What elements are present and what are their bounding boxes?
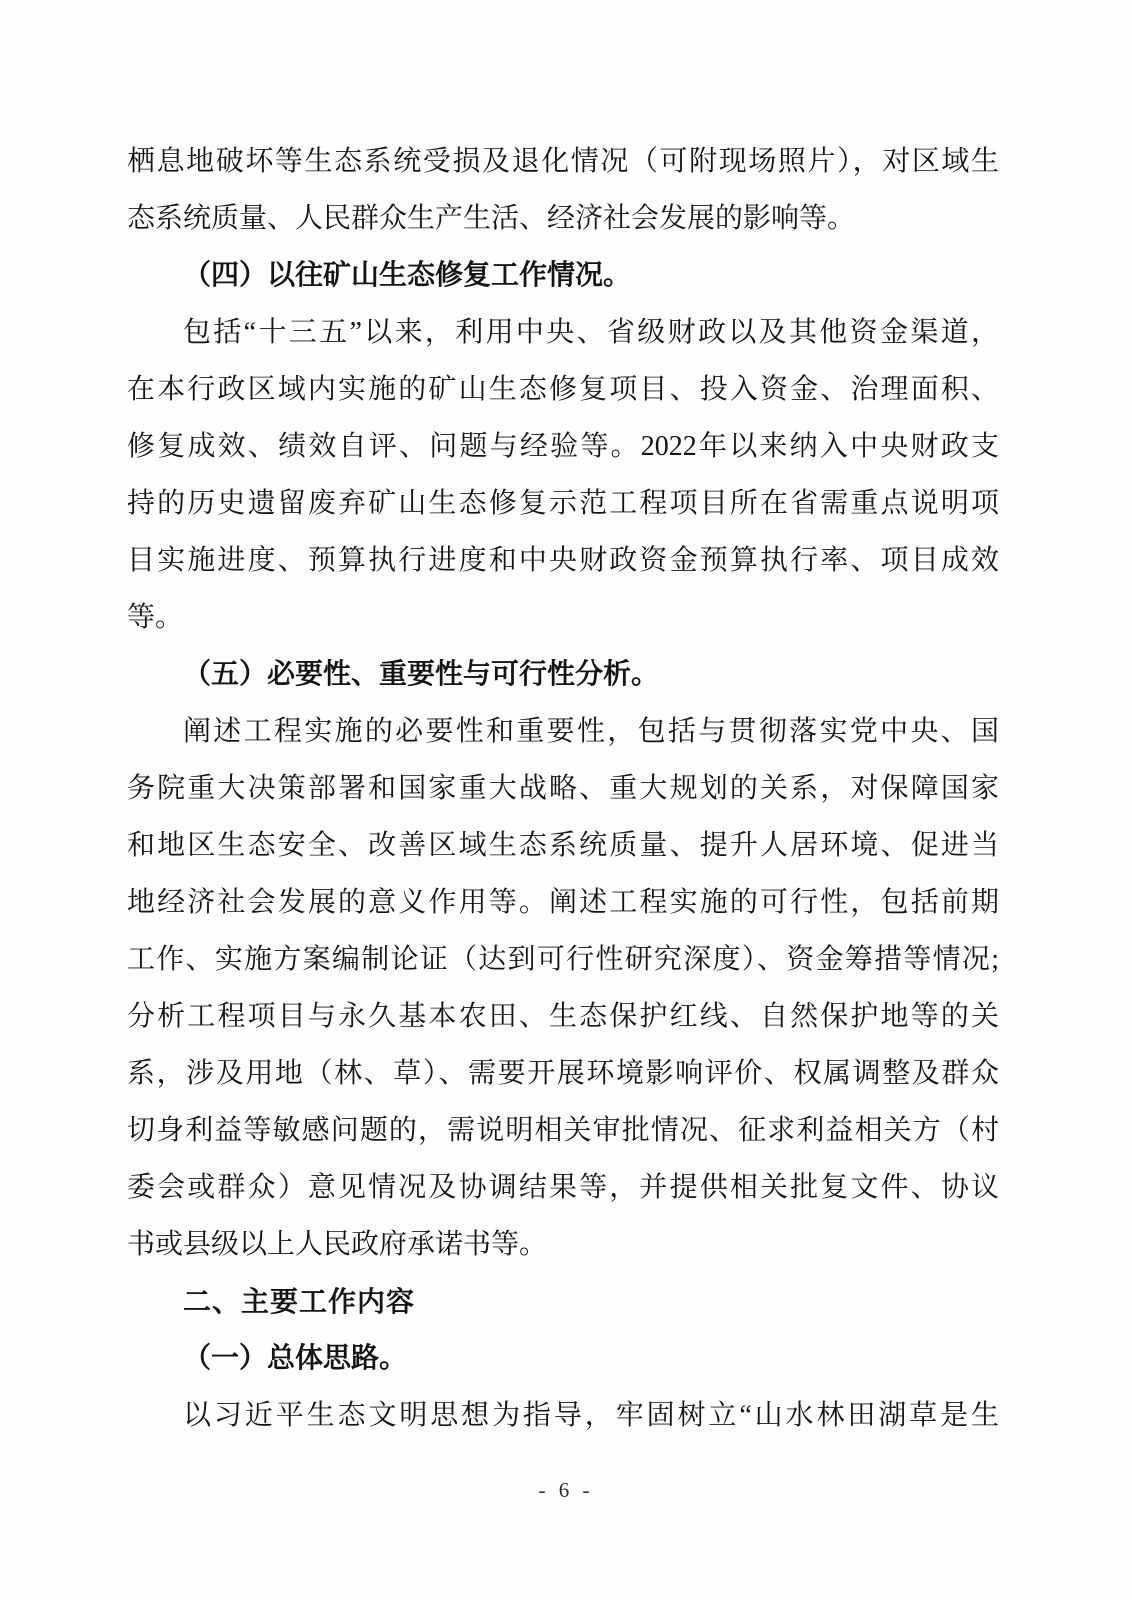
- body-line: 栖息地破坏等生态系统受损及退化情况（可附现场照片），对区域生: [127, 133, 999, 190]
- subsection-heading-1: （一）总体思路。: [127, 1330, 999, 1387]
- body-line: 以习近平生态文明思想为指导，牢固树立“山水林田湖草是生: [127, 1387, 999, 1444]
- body-line: 书或县级以上人民政府承诺书等。: [127, 1216, 999, 1273]
- body-line: 和地区生态安全、改善区域生态系统质量、提升人居环境、促进当: [127, 817, 999, 874]
- body-line: 系，涉及用地（林、草）、需要开展环境影响评价、权属调整及群众: [127, 1045, 999, 1102]
- body-line: 在本行政区域内实施的矿山生态修复项目、投入资金、治理面积、: [127, 361, 999, 418]
- body-line: 态系统质量、人民群众生产生活、经济社会发展的影响等。: [127, 190, 999, 247]
- body-line: 工作、实施方案编制论证（达到可行性研究深度）、资金筹措等情况;: [127, 931, 999, 988]
- body-line: 地经济社会发展的意义作用等。阐述工程实施的可行性，包括前期: [127, 874, 999, 931]
- body-line: 务院重大决策部署和国家重大战略、重大规划的关系，对保障国家: [127, 760, 999, 817]
- body-line: 委会或群众）意见情况及协调结果等，并提供相关批复文件、协议: [127, 1159, 999, 1216]
- subsection-heading-4: （四）以往矿山生态修复工作情况。: [127, 247, 999, 304]
- section-heading-2: 二、主要工作内容: [127, 1273, 999, 1330]
- body-line: 分析工程项目与永久基本农田、生态保护红线、自然保护地等的关: [127, 988, 999, 1045]
- body-line: 切身利益等敏感问题的，需说明相关审批情况、征求利益相关方（村: [127, 1102, 999, 1159]
- body-line: 阐述工程实施的必要性和重要性，包括与贯彻落实党中央、国: [127, 703, 999, 760]
- body-line: 等。: [127, 589, 999, 646]
- document-body: 栖息地破坏等生态系统受损及退化情况（可附现场照片），对区域生 态系统质量、人民群…: [127, 133, 999, 1444]
- body-line: 修复成效、绩效自评、问题与经验等。2022年以来纳入中央财政支: [127, 418, 999, 475]
- document-page: 栖息地破坏等生态系统受损及退化情况（可附现场照片），对区域生 态系统质量、人民群…: [0, 0, 1132, 1600]
- body-line: 持的历史遗留废弃矿山生态修复示范工程项目所在省需重点说明项: [127, 475, 999, 532]
- subsection-heading-5: （五）必要性、重要性与可行性分析。: [127, 646, 999, 703]
- body-line: 目实施进度、预算执行进度和中央财政资金预算执行率、项目成效: [127, 532, 999, 589]
- body-line: 包括“十三五”以来，利用中央、省级财政以及其他资金渠道，: [127, 304, 999, 361]
- page-number: - 6 -: [0, 1478, 1132, 1503]
